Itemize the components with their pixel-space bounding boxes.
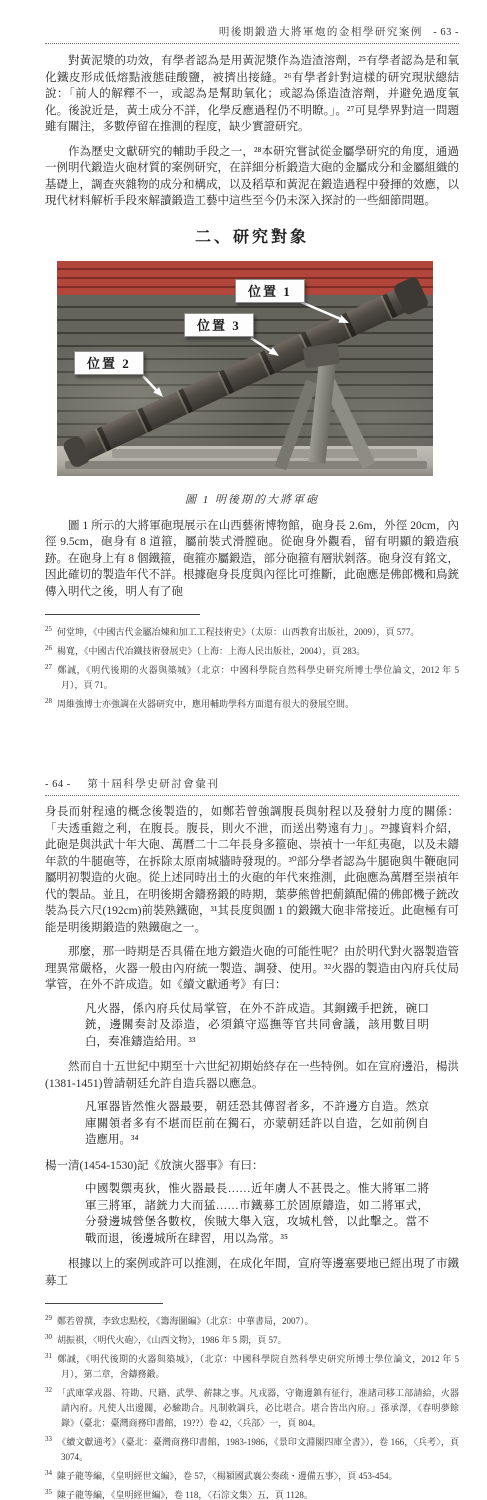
footnote-34: 34陳子龍等編，《皇明經世文編》，卷 57，〈楊潁國武襄公奏疏・邊備五事〉，頁 … [45, 1466, 459, 1484]
page-63-running-header: 明後期鍛造大將軍炮的金相學研究案例 - 63 - [45, 24, 459, 44]
footnote-number: 33 [45, 1435, 52, 1443]
footnote-number: 32 [45, 1386, 52, 1394]
figure-1-caption: 圖 1 明後期的大將軍砲 [45, 491, 459, 507]
spacer [75, 779, 83, 790]
paragraph-continuation: 身長而射程遠的概念後製造的，如鄭若曾強調腹長與射程以及發射力度的關係：「夫透重鎧… [45, 804, 459, 936]
footnote-number: 35 [45, 1488, 52, 1496]
footnote-27: 27鄭誠，《明代後期的火器與築城》（北京：中國科學院自然科學史研究所博士學位論文… [45, 660, 459, 693]
footnote-number: 29 [45, 1314, 52, 1322]
position-label-2: 位置 2 [74, 351, 144, 375]
blockquote-fangyan-huoqishi: 中國製禦夷狄，惟火器最長……近年虜人不甚畏之。惟大將軍二將軍三將軍，諸銃力大而猛… [85, 1181, 429, 1247]
paragraph-exceptions: 然而自十五世紀中期至十六世紀初期始終存在一些特例。如在宣府邊沿，楊洪(1381-… [45, 1059, 459, 1092]
footnote-26: 26楊寬，《中國古代冶鐵技術發展史》（上海：上海人民出版社，2004），頁 28… [45, 641, 459, 659]
footnote-text: 鄭誠，《明代後期的火器與築城》，（北京：中國科學院自然科學史研究所博士學位論文，… [57, 1354, 459, 1379]
footnote-text: 楊寬，《中國古代冶鐵技術發展史》（上海：上海人民出版社，2004），頁 283。 [57, 646, 365, 656]
footnote-33: 33《續文獻通考》（臺北：臺灣商務印書館，1983-1986，《景印文淵閣四庫全… [45, 1432, 459, 1465]
paragraph-conclusion-lead: 根據以上的案例或許可以推測，在成化年間，宣府等邊塞要地已經出現了市鐵募工 [45, 1256, 459, 1289]
section-heading-research-object: 二、研究對象 [45, 224, 459, 247]
footnote-28: 28周維強博士亦強調在火器研究中，應用輔助學科方面還有很大的發展空間。 [45, 694, 459, 712]
footnote-separator [45, 1303, 163, 1304]
footnote-separator [45, 614, 200, 615]
arrow-position-2 [143, 376, 158, 392]
page-number-value: - 63 - [433, 27, 459, 38]
footnote-number: 27 [45, 663, 52, 671]
footnote-number: 26 [45, 644, 52, 652]
footnote-number: 31 [45, 1352, 52, 1360]
footnote-text: 何堂坤，《中國古代金屬冶煉和加工工程技術史》（太原：山西教育出版社，2009），… [57, 627, 419, 637]
footnotes-page-63: 25何堂坤，《中國古代金屬冶煉和加工工程技術史》（太原：山西教育出版社，2009… [45, 622, 459, 712]
paragraph-yellow-mud: 對黃泥漿的功效，有學者認為是用黃泥漿作為造渣溶劑，²⁵有學者認為是和氧化鐵皮形成… [45, 53, 459, 136]
footnote-text: 「武庫掌戎器、符勘、尺籍、武學、薪隸之事。凡戎器，守衛邊鎮有征行，准諸司移工部請… [57, 1388, 459, 1428]
footnote-number: 28 [45, 697, 52, 705]
position-label-3: 位置 3 [184, 313, 254, 337]
footnote-text: 胡振祺，〈明代火砲〉，《山西文物》，1986 年 5 期，頁 57。 [57, 1335, 287, 1345]
footnote-30: 30胡振祺，〈明代火砲〉，《山西文物》，1986 年 5 期，頁 57。 [45, 1330, 459, 1348]
footnote-text: 《續文獻通考》（臺北：臺灣商務印書館，1983-1986，《景印文淵閣四庫全書》… [57, 1437, 459, 1462]
running-title: 明後期鍛造大將軍炮的金相學研究案例 [219, 27, 423, 38]
footnote-29: 29鄭若曾撰，李致忠點校，《籌海圖編》（北京：中華書局，2007）。 [45, 1311, 459, 1329]
position-label-1: 位置 1 [235, 279, 305, 303]
footnote-number: 25 [45, 625, 52, 633]
arrowhead-position-3 [268, 347, 281, 359]
arrow-position-1 [301, 302, 343, 320]
paragraph-research-approach: 作為歷史文獻研究的輔助手段之一，²⁸本研究嘗試從金屬學研究的角度，通過一例明代鍛… [45, 144, 459, 210]
page-64: - 64 - 第十屆科學史研討會彙刊 身長而射程遠的概念後製造的，如鄭若曾強調腹… [0, 748, 487, 1500]
paragraph-cannon-description: 圖 1 所示的大將軍砲現展示在山西藝術博物館，砲身長 2.6m，外徑 20cm，… [45, 518, 459, 601]
blockquote-yanghong-memorial: 凡軍器皆然惟火器最要，朝廷恐其傳習者多，不許邊方自造。然京庫關領者多有不堪而臣前… [85, 1099, 429, 1149]
footnote-text: 陳子龍等編，《皇明經世編》，卷 118，〈石淙文集〉五，頁 1128。 [57, 1490, 313, 1500]
arrowhead-position-1 [338, 315, 350, 326]
footnote-text: 周維強博士亦強調在火器研究中，應用輔助學科方面還有很大的發展空間。 [57, 699, 354, 709]
page-number-value: - 64 - [45, 779, 71, 790]
blockquote-xuwenxian-tongkao: 凡火器，係內府兵仗局掌管，在外不許成造。其銅鐵手把銃，碗口銃，邊關奏討及添造，必… [85, 1001, 429, 1051]
footnote-31: 31鄭誠，《明代後期的火器與築城》，（北京：中國科學院自然科學史研究所博士學位論… [45, 1349, 459, 1382]
paragraph-yang-yiqing: 楊一清(1454-1530)記《放演火器事》有曰： [45, 1158, 459, 1175]
page-63: 明後期鍛造大將軍炮的金相學研究案例 - 63 - 對黃泥漿的功效，有學者認為是用… [0, 0, 487, 748]
footnotes-page-64: 29鄭若曾撰，李致忠點校，《籌海圖編》（北京：中華書局，2007）。 30胡振祺… [45, 1311, 459, 1500]
footnote-text: 鄭若曾撰，李致忠點校，《籌海圖編》（北京：中華書局，2007）。 [57, 1316, 314, 1326]
footnote-text: 陳子龍等編，《皇明經世文編》，卷 57，〈楊潁國武襄公奏疏・邊備五事〉，頁 45… [57, 1471, 398, 1481]
footnote-35: 35陳子龍等編，《皇明經世編》，卷 118，〈石淙文集〉五，頁 1128。 [45, 1485, 459, 1500]
running-title: 第十屆科學史研討會彙刊 [87, 779, 219, 790]
footnote-25: 25何堂坤，《中國古代金屬冶煉和加工工程技術史》（太原：山西教育出版社，2009… [45, 622, 459, 640]
footnote-number: 30 [45, 1333, 52, 1341]
page-64-running-header: - 64 - 第十屆科學史研討會彙刊 [45, 776, 459, 796]
paragraph-weapon-regulation: 那麼，那一時期是否具備在地方鍛造火砲的可能性呢？由於明代對火器製造管理異常嚴格，… [45, 944, 459, 994]
figure-1-cannon-photo: 位置 1 位置 3 位置 2 [57, 261, 433, 476]
footnote-32: 32「武庫掌戎器、符勘、尺籍、武學、薪隸之事。凡戎器，守衛邊鎮有征行，准諸司移工… [45, 1383, 459, 1431]
footnote-text: 鄭誠，《明代後期的火器與築城》（北京：中國科學院自然科學史研究所博士學位論文，2… [57, 665, 459, 690]
footnote-number: 34 [45, 1469, 52, 1477]
